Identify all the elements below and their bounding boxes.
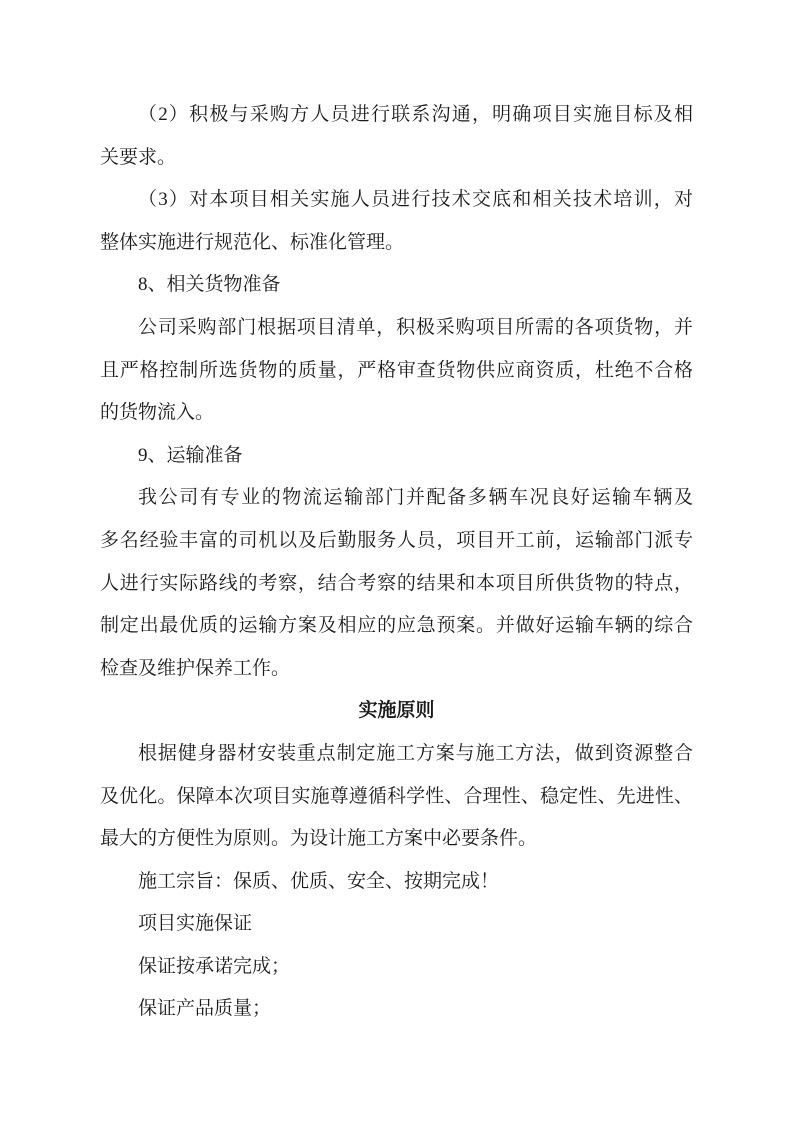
paragraph: 保证产品质量； [100, 988, 693, 1031]
text-line: （2）积极与采购方人员进行联系沟通，明确项目实施目标及相 [100, 94, 693, 137]
text-line: 关要求。 [100, 137, 693, 180]
document-page: （2）积极与采购方人员进行联系沟通，明确项目实施目标及相 关要求。 （3）对本项… [0, 0, 793, 1122]
paragraph: 保证按承诺完成； [100, 946, 693, 989]
text-line: 的货物流入。 [100, 392, 693, 435]
text-line: 公司采购部门根据项目清单，积极采购项目所需的各项货物，并 [100, 307, 693, 350]
paragraph: 9、运输准备 [100, 435, 693, 478]
section-heading: 实施原则 [100, 690, 693, 733]
paragraph: 根据健身器材安装重点制定施工方案与施工方法，做到资源整合 及优化。保障本次项目实… [100, 733, 693, 861]
paragraph: 施工宗旨：保质、优质、安全、按期完成！ [100, 861, 693, 904]
text-line: 且严格控制所选货物的质量，严格审查货物供应商资质，杜绝不合格 [100, 350, 693, 393]
text-line: 施工宗旨：保质、优质、安全、按期完成！ [100, 861, 693, 904]
paragraph: 项目实施保证 [100, 903, 693, 946]
text-line: 8、相关货物准备 [100, 264, 693, 307]
paragraph: 8、相关货物准备 [100, 264, 693, 307]
text-line: 保证按承诺完成； [100, 946, 693, 989]
text-line: 最大的方便性为原则。为设计施工方案中必要条件。 [100, 818, 693, 861]
text-line: 我公司有专业的物流运输部门并配备多辆车况良好运输车辆及 [100, 477, 693, 520]
heading-text: 实施原则 [100, 690, 693, 733]
text-line: 保证产品质量； [100, 988, 693, 1031]
text-line: 人进行实际路线的考察，结合考察的结果和本项目所供货物的特点， [100, 563, 693, 606]
paragraph: 我公司有专业的物流运输部门并配备多辆车况良好运输车辆及 多名经验丰富的司机以及后… [100, 477, 693, 690]
paragraph: （3）对本项目相关实施人员进行技术交底和相关技术培训，对 整体实施进行规范化、标… [100, 179, 693, 264]
paragraph: （2）积极与采购方人员进行联系沟通，明确项目实施目标及相 关要求。 [100, 94, 693, 179]
text-line: 检查及维护保养工作。 [100, 648, 693, 691]
paragraph: 公司采购部门根据项目清单，积极采购项目所需的各项货物，并 且严格控制所选货物的质… [100, 307, 693, 435]
text-line: （3）对本项目相关实施人员进行技术交底和相关技术培训，对 [100, 179, 693, 222]
text-line: 整体实施进行规范化、标准化管理。 [100, 222, 693, 265]
text-line: 及优化。保障本次项目实施尊遵循科学性、合理性、稳定性、先进性、 [100, 776, 693, 819]
text-line: 制定出最优质的运输方案及相应的应急预案。并做好运输车辆的综合 [100, 605, 693, 648]
text-line: 多名经验丰富的司机以及后勤服务人员，项目开工前，运输部门派专 [100, 520, 693, 563]
text-line: 项目实施保证 [100, 903, 693, 946]
text-line: 根据健身器材安装重点制定施工方案与施工方法，做到资源整合 [100, 733, 693, 776]
document-body: （2）积极与采购方人员进行联系沟通，明确项目实施目标及相 关要求。 （3）对本项… [100, 94, 693, 1031]
text-line: 9、运输准备 [100, 435, 693, 478]
